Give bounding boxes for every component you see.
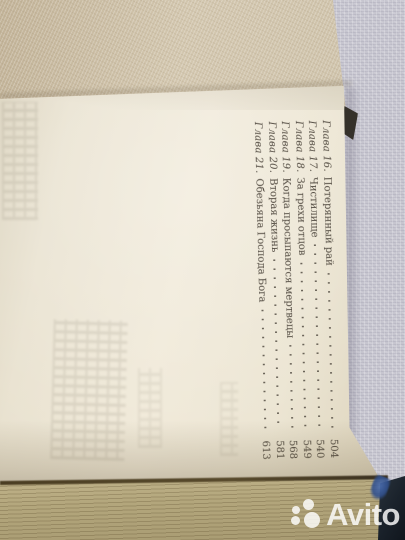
showthrough-print bbox=[2, 102, 38, 220]
chapter-label: Глава 19. bbox=[278, 121, 293, 173]
dot-leader bbox=[314, 245, 321, 430]
chapter-label: Глава 18. bbox=[291, 121, 306, 173]
chapter-label: Глава 21. bbox=[251, 122, 266, 174]
chapter-label: Глава 20. bbox=[264, 121, 279, 173]
dot-leader bbox=[328, 273, 334, 429]
table-of-contents: Глава 16. Потерянный рай 504 Глава 17. Ч… bbox=[248, 120, 340, 460]
chapter-title: Вторая жизнь bbox=[266, 178, 281, 252]
dot-leader bbox=[289, 345, 293, 430]
watermark-text: Avito bbox=[326, 497, 400, 533]
avito-logo-icon bbox=[291, 499, 322, 531]
dot-leader bbox=[273, 259, 279, 430]
chapter-label: Глава 16. bbox=[318, 120, 333, 172]
dot-leader bbox=[301, 262, 307, 429]
dot-leader bbox=[261, 309, 266, 430]
avito-watermark: Avito bbox=[291, 497, 400, 533]
chapter-title: Чистилище bbox=[306, 177, 321, 238]
chapter-title: За грехи отцов bbox=[293, 177, 308, 255]
chapter-title: Потерянный рай bbox=[320, 177, 336, 266]
book-photo: Глава 16. Потерянный рай 504 Глава 17. Ч… bbox=[0, 0, 405, 540]
chapter-label: Глава 17. bbox=[305, 120, 320, 172]
